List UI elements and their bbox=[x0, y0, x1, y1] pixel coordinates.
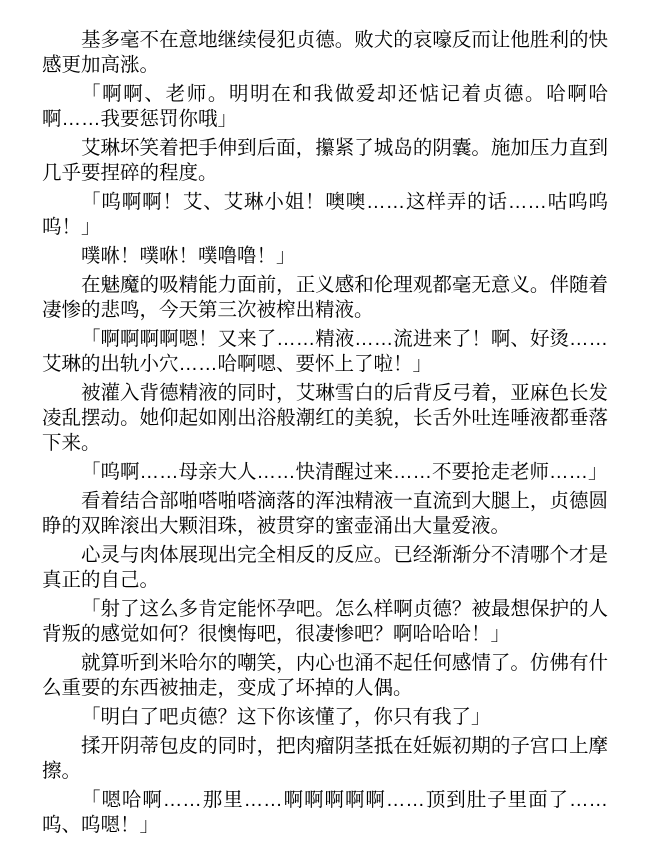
paragraph-2: 「啊啊、老师。明明在和我做爱却还惦记着贞德。哈啊哈啊……我要惩罚你哦」 bbox=[42, 82, 608, 132]
paragraph-3: 艾琳坏笑着把手伸到后面，攥紧了城岛的阴囊。施加压力直到几乎要捏碎的程度。 bbox=[42, 136, 608, 186]
paragraph-8: 被灌入背德精液的同时，艾琳雪白的后背反弓着，亚麻色长发凌乱摆动。她仰起如刚出浴般… bbox=[42, 381, 608, 456]
paragraph-5: 噗咻！噗咻！噗噜噜！」 bbox=[42, 244, 608, 269]
paragraph-14: 「明白了吧贞德？这下你该懂了，你只有我了」 bbox=[42, 705, 608, 730]
document-page: 基多毫不在意地继续侵犯贞德。败犬的哀嚎反而让他胜利的快感更加高涨。 「啊啊、老师… bbox=[0, 0, 650, 850]
paragraph-10: 看着结合部啪嗒啪嗒滴落的浑浊精液一直流到大腿上，贞德圆睁的双眸滚出大颗泪珠，被贯… bbox=[42, 489, 608, 539]
paragraph-12: 「射了这么多肯定能怀孕吧。怎么样啊贞德？被最想保护的人背叛的感觉如何？很懊悔吧，… bbox=[42, 597, 608, 647]
paragraph-1: 基多毫不在意地继续侵犯贞德。败犬的哀嚎反而让他胜利的快感更加高涨。 bbox=[42, 28, 608, 78]
paragraph-9: 「呜啊……母亲大人……快清醒过来……不要抢走老师……」 bbox=[42, 460, 608, 485]
paragraph-13: 就算听到米哈尔的嘲笑，内心也涌不起任何感情了。仿佛有什么重要的东西被抽走，变成了… bbox=[42, 651, 608, 701]
paragraph-15: 揉开阴蒂包皮的同时，把肉瘤阴茎抵在妊娠初期的子宫口上摩擦。 bbox=[42, 734, 608, 784]
paragraph-7: 「啊啊啊啊嗯！又来了……精液……流进来了！啊、好烫……艾琳的出轨小穴……哈啊嗯、… bbox=[42, 327, 608, 377]
paragraph-4: 「呜啊啊！艾、艾琳小姐！噢噢……这样弄的话……咕呜呜呜！」 bbox=[42, 190, 608, 240]
paragraph-16: 「嗯哈啊……那里……啊啊啊啊啊……顶到肚子里面了……呜、呜嗯！」 bbox=[42, 788, 608, 838]
paragraph-11: 心灵与肉体展现出完全相反的反应。已经渐渐分不清哪个才是真正的自己。 bbox=[42, 543, 608, 593]
paragraph-6: 在魅魔的吸精能力面前，正义感和伦理观都毫无意义。伴随着凄惨的悲鸣，今天第三次被榨… bbox=[42, 273, 608, 323]
